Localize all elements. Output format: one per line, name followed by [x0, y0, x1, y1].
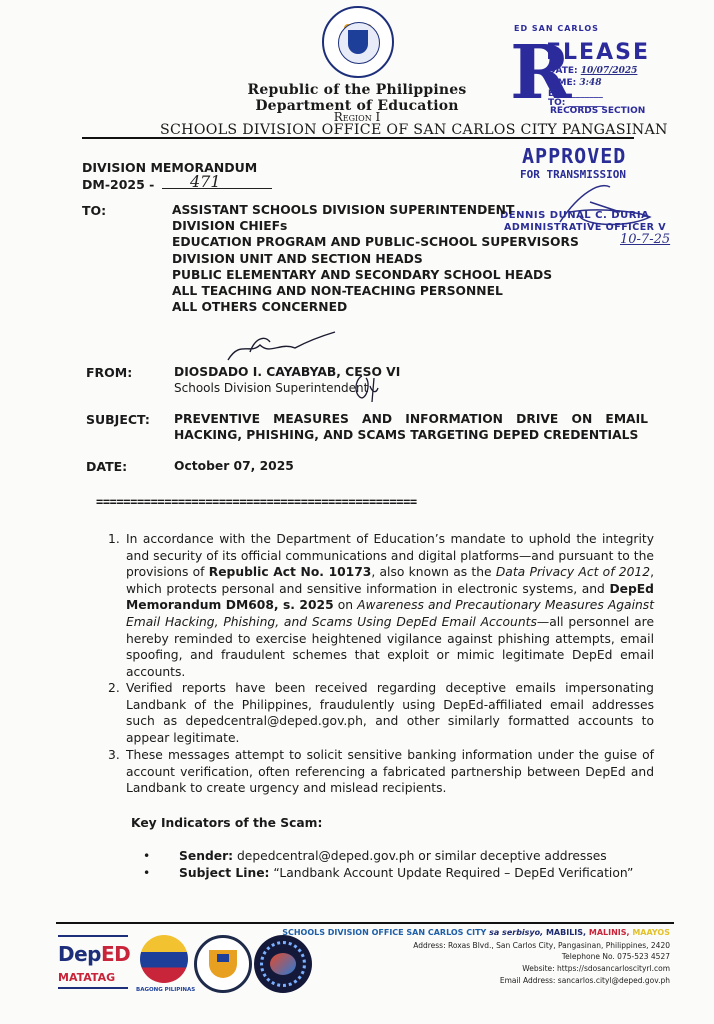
paragraph-number: 1.: [108, 531, 120, 548]
p2-text: Verified reports have been received rega…: [126, 681, 654, 745]
footer-email[interactable]: Email Address: sancarlos.cityl@deped.gov…: [500, 976, 670, 985]
recipient: DIVISION UNIT AND SECTION HEADS: [172, 251, 579, 267]
stamp-time-label: TIME:: [548, 78, 576, 88]
date-label: DATE:: [86, 459, 127, 474]
footer-tag-mabilis: MABILIS,: [546, 928, 589, 937]
memo-type: DIVISION MEMORANDUM: [82, 160, 257, 175]
p1-bold-ra: Republic Act No. 10173: [209, 565, 372, 579]
footer-office-line: SCHOOLS DIVISION OFFICE SAN CARLOS CITY …: [282, 928, 670, 937]
deped-seal-logo: [322, 6, 394, 78]
approved-stamp-title: APPROVED: [522, 144, 626, 168]
bullet-label: Subject Line:: [179, 866, 269, 880]
memo-date: October 07, 2025: [174, 459, 294, 473]
bagong-pilipinas-logo: BAGONG PILIPINAS: [136, 935, 194, 993]
recipient: DIVISION CHIEFs: [172, 218, 579, 234]
bullet-text: “Landbank Account Update Required – DepE…: [269, 866, 633, 880]
from-title: Schools Division Superintendent: [174, 381, 368, 395]
deped-logo-text: Dep: [58, 942, 101, 966]
initials-signature: [352, 372, 382, 404]
footer-tag-malinis: MALINIS,: [589, 928, 632, 937]
recipient-list: ASSISTANT SCHOOLS DIVISION SUPERINTENDEN…: [172, 202, 579, 315]
footer-office-name: SCHOOLS DIVISION OFFICE SAN CARLOS CITY: [282, 928, 486, 937]
bullet-text: depedcentral@deped.gov.ph or similar dec…: [233, 849, 607, 863]
p3-text: These messages attempt to solicit sensit…: [126, 748, 654, 795]
footer-address: Address: Roxas Blvd., San Carlos City, P…: [413, 941, 670, 950]
released-stamp: ED SAN CARLOS R ELEASE DATE: 10/07/2025 …: [502, 28, 652, 118]
footer-tagline: sa serbisyo,: [486, 928, 546, 937]
paragraph-1: 1. In accordance with the Department of …: [126, 531, 654, 680]
recipient: ASSISTANT SCHOOLS DIVISION SUPERINTENDEN…: [172, 202, 579, 218]
recipient: ALL OTHERS CONCERNED: [172, 299, 579, 315]
paragraph-number: 2.: [108, 680, 120, 697]
subject-line-2: HACKING, PHISHING, AND SCAMS TARGETING D…: [174, 428, 638, 442]
p1-text: on: [334, 598, 357, 612]
memo-number-prefix: DM-2025 -: [82, 177, 154, 192]
p1-text: , also known as the: [371, 565, 495, 579]
footer-tag-maayos: MAAYOS: [632, 928, 670, 937]
stamp-time-value: 3:48: [579, 78, 601, 88]
footer-telephone: Telephone No. 075-523 4527: [562, 952, 670, 961]
sdo-san-carlos-seal: [194, 935, 252, 993]
separator-line: ========================================…: [96, 495, 417, 509]
approval-date: 10-7-25: [620, 232, 670, 247]
header-divider: [82, 137, 634, 139]
stamp-title: ELEASE: [546, 40, 650, 65]
from-label: FROM:: [86, 365, 132, 380]
stamp-section: RECORDS SECTION: [550, 106, 645, 116]
paragraph-2: 2. Verified reports have been received r…: [126, 680, 654, 746]
bagong-pilipinas-text: BAGONG PILIPINAS: [136, 987, 194, 993]
division-program-logo: [254, 935, 312, 993]
key-indicators-heading: Key Indicators of the Scam:: [131, 816, 322, 830]
bullet-icon: •: [143, 866, 150, 880]
paragraph-3: 3. These messages attempt to solicit sen…: [126, 747, 654, 797]
stamp-date-label: DATE:: [548, 66, 578, 76]
footer-divider: [56, 922, 674, 924]
bullet-label: Sender:: [179, 849, 233, 863]
to-label: TO:: [82, 203, 106, 218]
deped-logo-text-ed: ED: [101, 942, 130, 966]
stamp-date-value: 10/07/2025: [581, 66, 638, 76]
footer-website[interactable]: Website: https://sdosancarloscityrl.com: [522, 964, 670, 973]
recipient: PUBLIC ELEMENTARY AND SECONDARY SCHOOL H…: [172, 267, 579, 283]
superintendent-signature: [220, 330, 340, 370]
paragraph-number: 3.: [108, 747, 120, 764]
recipient: ALL TEACHING AND NON-TEACHING PERSONNEL: [172, 283, 579, 299]
p1-italic-dpa: Data Privacy Act of 2012: [496, 565, 650, 579]
subject-line-1: PREVENTIVE MEASURES AND INFORMATION DRIV…: [174, 412, 648, 426]
subject-label: SUBJECT:: [86, 412, 150, 427]
recipient: EDUCATION PROGRAM AND PUBLIC-SCHOOL SUPE…: [172, 234, 579, 250]
matatag-text: MATATAG: [58, 971, 128, 984]
memo-number: 471: [190, 172, 221, 191]
bullet-icon: •: [143, 849, 150, 863]
approved-stamp-subtitle: FOR TRANSMISSION: [520, 168, 626, 181]
deped-matatag-logo: DepED MATATAG: [58, 935, 128, 993]
header-office: SCHOOLS DIVISION OFFICE OF SAN CARLOS CI…: [160, 122, 668, 138]
